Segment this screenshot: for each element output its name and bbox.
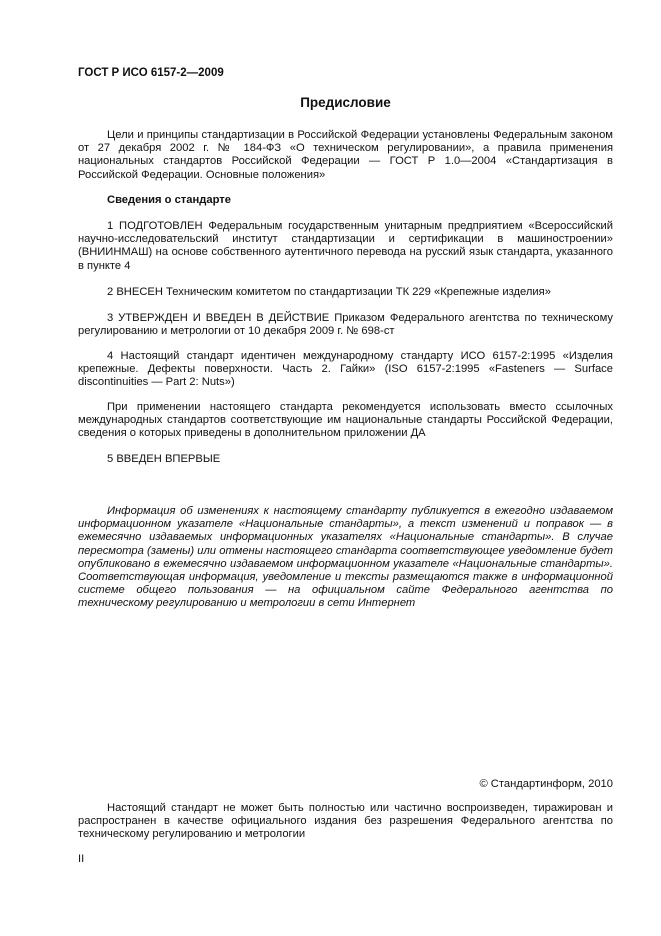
intro-paragraph: Цели и принципы стандартизации в Российс… <box>78 129 613 182</box>
document-page: ГОСТ Р ИСО 6157-2—2009 Предисловие Цели … <box>0 0 661 936</box>
item-introduced-by: 2 ВНЕСЕН Техническим комитетом по станда… <box>78 286 613 299</box>
copyright-text: © Стандартинформ, 2010 <box>479 778 613 791</box>
page-number: II <box>78 853 84 866</box>
page-title: Предисловие <box>78 96 613 109</box>
item-approved: 3 УТВЕРЖДЕН И ВВЕДЕН В ДЕЙСТВИЕ Приказом… <box>78 312 613 338</box>
item-first-introduced: 5 ВВЕДЕН ВПЕРВЫЕ <box>78 453 613 466</box>
document-code-header: ГОСТ Р ИСО 6157-2—2009 <box>78 67 224 80</box>
reproduction-notice: Настоящий стандарт не может быть полност… <box>78 802 613 842</box>
item-identical-standard: 4 Настоящий стандарт идентичен междунаро… <box>78 350 613 390</box>
section-heading: Сведения о стандарте <box>78 194 613 207</box>
item-reference-note: При применении настоящего стандарта реко… <box>78 401 613 441</box>
info-notice-paragraph: Информация об изменениях к настоящему ст… <box>78 505 613 611</box>
item-prepared: 1 ПОДГОТОВЛЕН Федеральным государственны… <box>78 220 613 273</box>
